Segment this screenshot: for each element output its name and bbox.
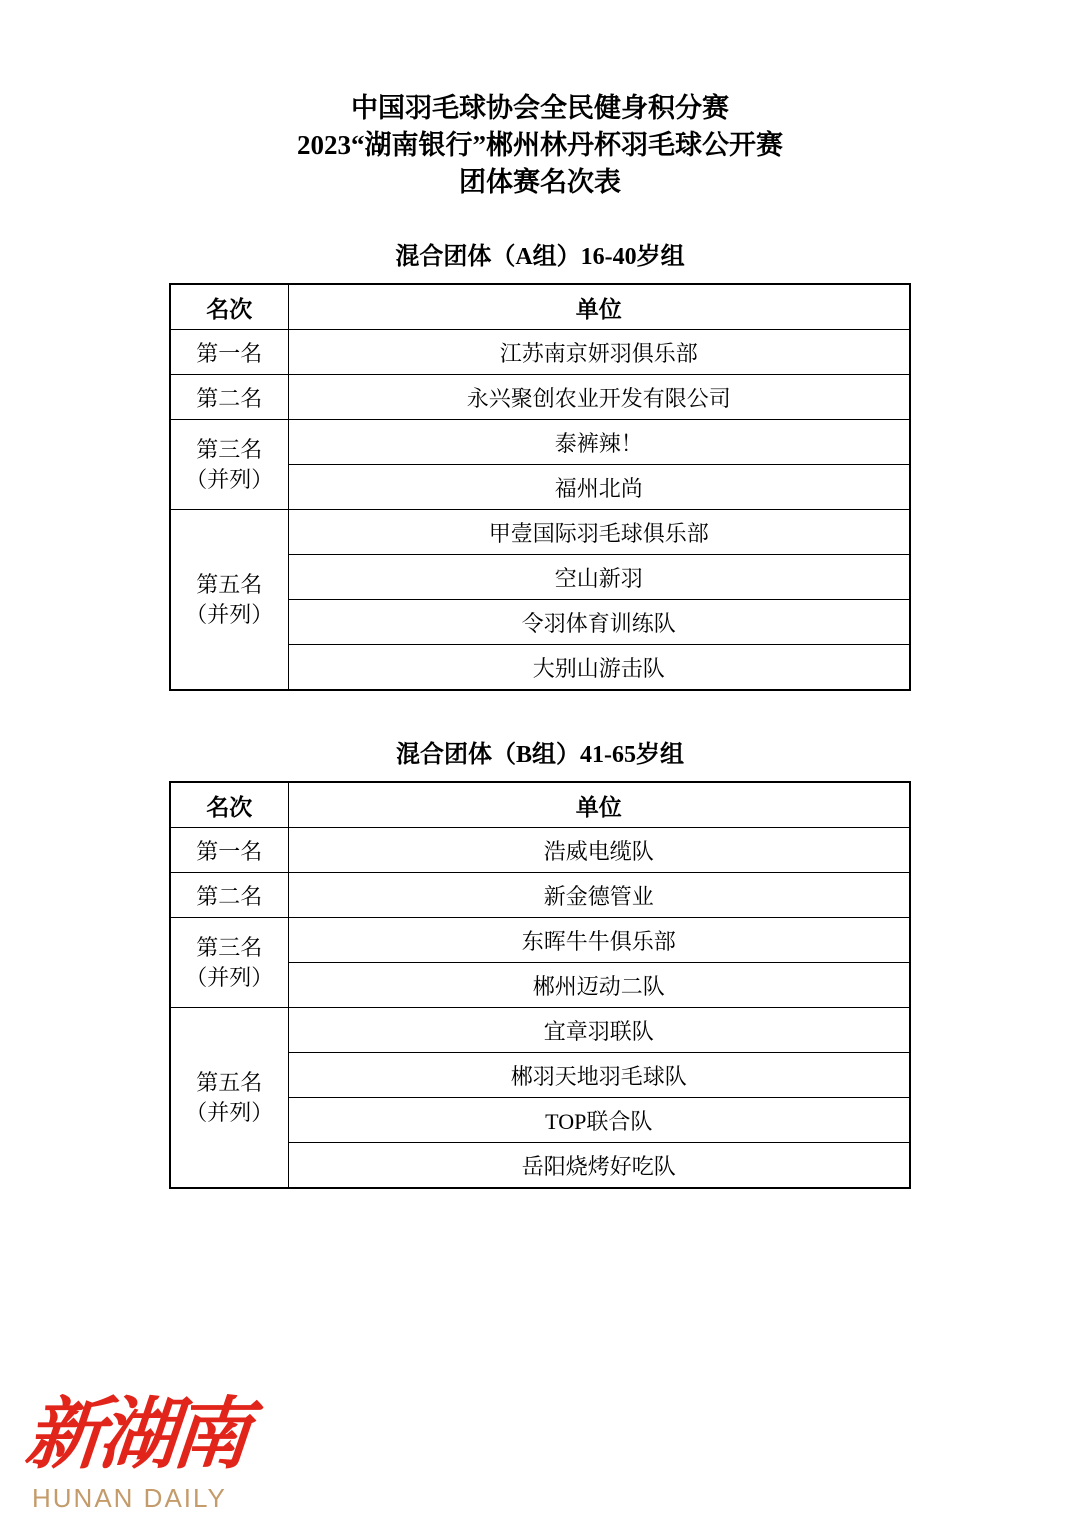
table-row: 第一名 浩威电缆队 — [170, 828, 910, 873]
rank-column-header: 名次 — [170, 782, 288, 828]
logo-english-text: HUNAN DAILY — [32, 1483, 241, 1514]
unit-cell: 令羽体育训练队 — [288, 600, 910, 645]
title-line-2: 2023“湖南银行”郴州林丹杯羽毛球公开赛 — [0, 127, 1080, 164]
hunan-daily-logo: 新湖南 HUNAN DAILY — [22, 1390, 241, 1514]
document-page: 中国羽毛球协会全民健身积分赛 2023“湖南银行”郴州林丹杯羽毛球公开赛 团体赛… — [0, 0, 1080, 1189]
table-row: 第五名 （并列） 宜章羽联队 — [170, 1008, 910, 1053]
unit-cell: 东晖牛牛俱乐部 — [288, 918, 910, 963]
rank-cell: 第五名 （并列） — [170, 1008, 288, 1189]
results-table-group-b: 名次 单位 第一名 浩威电缆队 第二名 新金德管业 第三名 （并列） 东晖牛牛俱… — [169, 781, 911, 1189]
title-line-3: 团体赛名次表 — [0, 164, 1080, 201]
rank-cell: 第三名 （并列） — [170, 420, 288, 510]
logo-chinese-calligraphy-text: 新湖南 — [22, 1390, 249, 1480]
title-line-1: 中国羽毛球协会全民健身积分赛 — [0, 90, 1080, 127]
table-header-row: 名次 单位 — [170, 284, 910, 330]
rank-column-header: 名次 — [170, 284, 288, 330]
unit-cell: 新金德管业 — [288, 873, 910, 918]
unit-column-header: 单位 — [288, 284, 910, 330]
unit-cell: 宜章羽联队 — [288, 1008, 910, 1053]
table-row: 第二名 新金德管业 — [170, 873, 910, 918]
unit-cell: 甲壹国际羽毛球俱乐部 — [288, 510, 910, 555]
unit-cell: 福州北尚 — [288, 465, 910, 510]
rank-cell: 第二名 — [170, 873, 288, 918]
unit-cell: 江苏南京妍羽俱乐部 — [288, 330, 910, 375]
document-title: 中国羽毛球协会全民健身积分赛 2023“湖南银行”郴州林丹杯羽毛球公开赛 团体赛… — [0, 0, 1080, 201]
rank-cell: 第一名 — [170, 828, 288, 873]
rank-cell: 第二名 — [170, 375, 288, 420]
rank-cell: 第五名 （并列） — [170, 510, 288, 691]
table-row: 第二名 永兴聚创农业开发有限公司 — [170, 375, 910, 420]
unit-cell: 郴羽天地羽毛球队 — [288, 1053, 910, 1098]
unit-cell: 郴州迈动二队 — [288, 963, 910, 1008]
unit-cell: 永兴聚创农业开发有限公司 — [288, 375, 910, 420]
results-table-group-a: 名次 单位 第一名 江苏南京妍羽俱乐部 第二名 永兴聚创农业开发有限公司 第三名… — [169, 283, 911, 691]
unit-cell: 泰裤辣！ — [288, 420, 910, 465]
table-row: 第三名 （并列） 东晖牛牛俱乐部 — [170, 918, 910, 963]
unit-cell: 大别山游击队 — [288, 645, 910, 691]
section-title-group-a: 混合团体（A组）16-40岁组 — [0, 243, 1080, 272]
table-row: 第三名 （并列） 泰裤辣！ — [170, 420, 910, 465]
table-header-row: 名次 单位 — [170, 782, 910, 828]
unit-cell: TOP联合队 — [288, 1098, 910, 1143]
unit-column-header: 单位 — [288, 782, 910, 828]
unit-cell: 浩威电缆队 — [288, 828, 910, 873]
unit-cell: 空山新羽 — [288, 555, 910, 600]
rank-cell: 第三名 （并列） — [170, 918, 288, 1008]
table-row: 第一名 江苏南京妍羽俱乐部 — [170, 330, 910, 375]
unit-cell: 岳阳烧烤好吃队 — [288, 1143, 910, 1189]
table-row: 第五名 （并列） 甲壹国际羽毛球俱乐部 — [170, 510, 910, 555]
rank-cell: 第一名 — [170, 330, 288, 375]
section-title-group-b: 混合团体（B组）41-65岁组 — [0, 741, 1080, 770]
